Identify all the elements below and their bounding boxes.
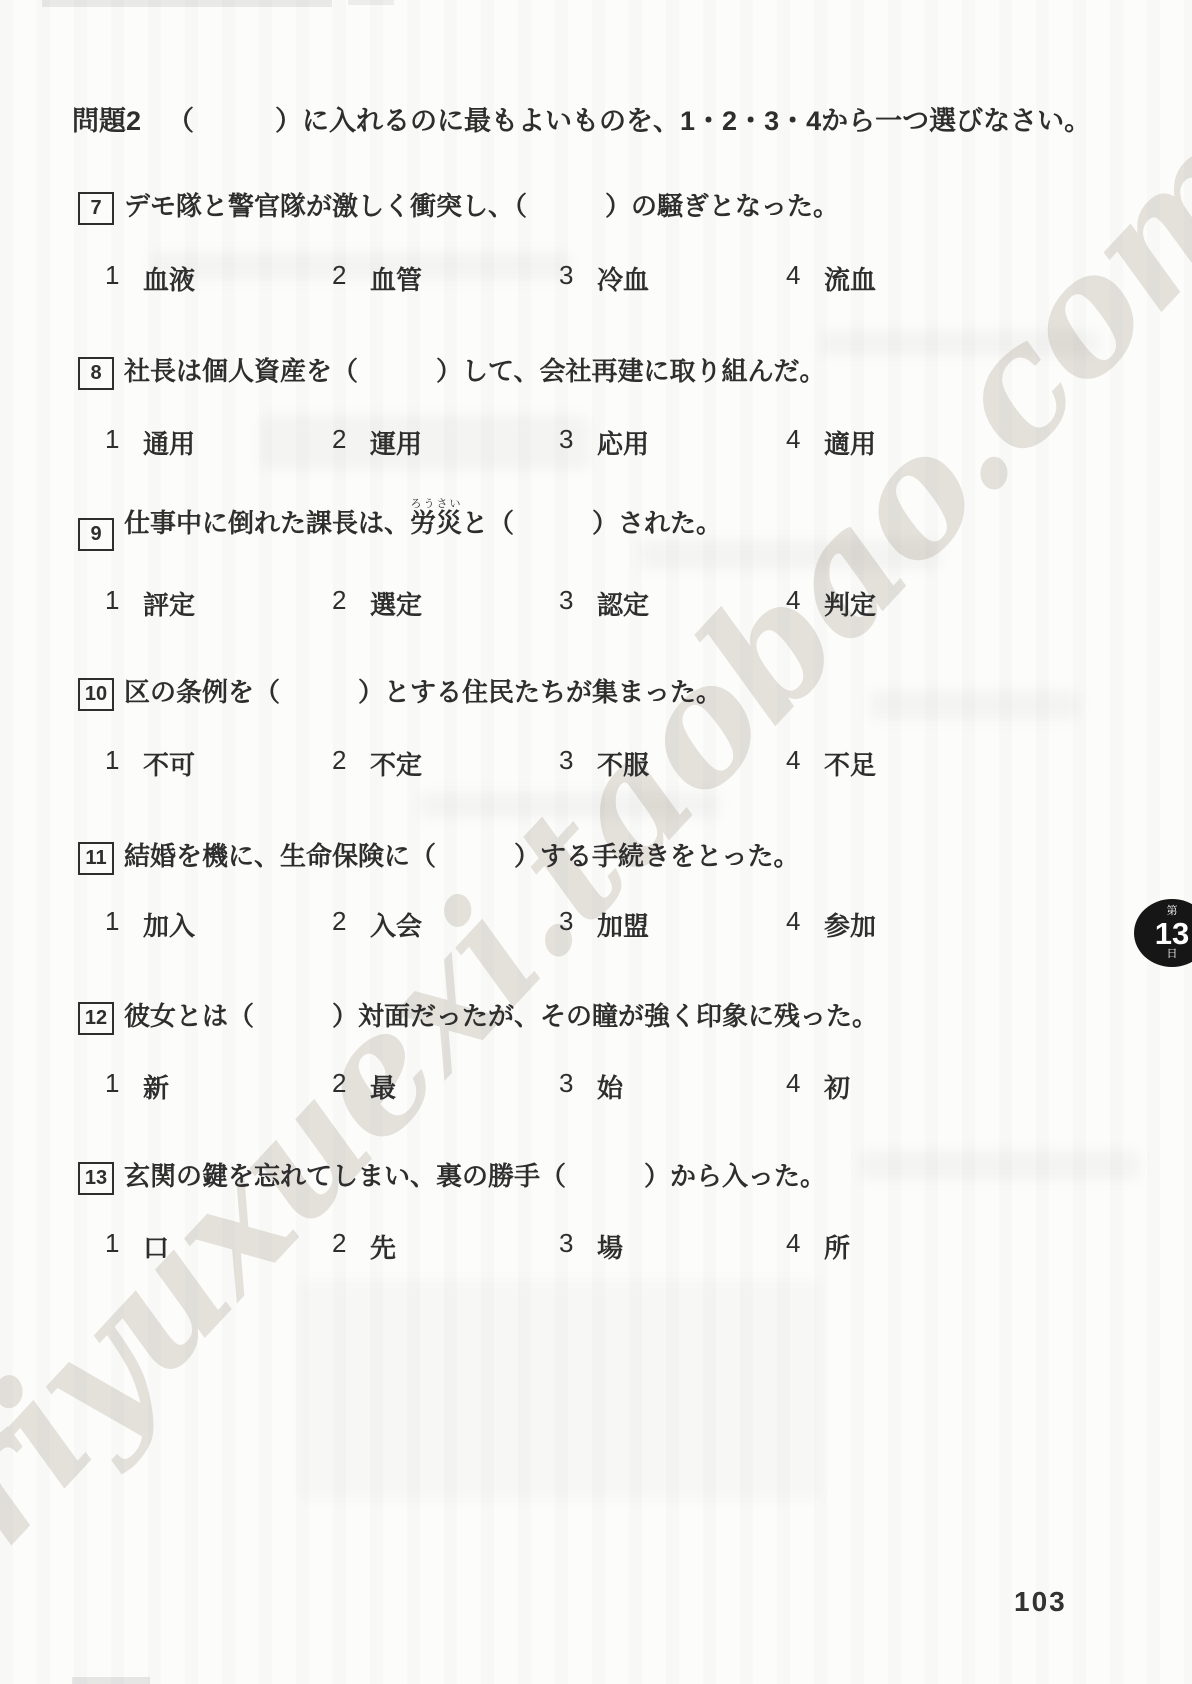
question-stem: 玄関の鍵を忘れてしまい、裏の勝手（ ）から入った。 xyxy=(124,1160,826,1193)
option-number: 2 xyxy=(332,745,354,782)
question-stem: 社長は個人資産を（ ）して、会社再建に取り組んだ。 xyxy=(124,355,825,388)
option-text: 血管 xyxy=(370,260,422,297)
option-number: 2 xyxy=(332,260,354,297)
option-number: 4 xyxy=(786,906,808,943)
option-number: 1 xyxy=(105,585,127,622)
option: 4所 xyxy=(786,1228,850,1265)
scan-smudge xyxy=(870,690,1080,720)
option-text: 判定 xyxy=(824,585,876,622)
scan-smudge xyxy=(820,330,1100,356)
option-text: 認定 xyxy=(597,585,649,622)
option-text: 口 xyxy=(143,1228,169,1265)
option-text: 運用 xyxy=(370,424,422,461)
option-number: 4 xyxy=(786,424,808,461)
option-number: 4 xyxy=(786,585,808,622)
option-text: 流血 xyxy=(824,260,876,297)
stem-pre: 仕事中に倒れた課長は、 xyxy=(124,508,410,538)
option-text: 通用 xyxy=(143,424,195,461)
option-number: 3 xyxy=(559,906,581,943)
question-7: 7 デモ隊と警官隊が激しく衝突し、（ ）の騒ぎとなった。 xyxy=(78,190,839,225)
option-text: 加入 xyxy=(143,906,195,943)
option: 2血管 xyxy=(332,260,559,297)
option-text: 入会 xyxy=(370,906,422,943)
scan-artifact-top xyxy=(348,0,394,5)
question-9: 9 仕事中に倒れた課長は、労災ろうさいと（ ）された。 xyxy=(78,498,722,551)
question-13: 13 玄関の鍵を忘れてしまい、裏の勝手（ ）から入った。 xyxy=(78,1160,826,1195)
option-number: 3 xyxy=(559,585,581,622)
option: 3不服 xyxy=(559,745,786,782)
option-number: 1 xyxy=(105,745,127,782)
stem-post: と（ ）された。 xyxy=(462,508,722,538)
scanned-test-page: riyuxuexi.taobao.com 問題2（ ）に入れるのに最もよいものを… xyxy=(0,0,1192,1684)
options-row: 1不可 2不定 3不服 4不足 xyxy=(105,745,876,782)
instruction-text: （ ）に入れるのに最もよいものを、1・2・3・4から一つ選びなさい。 xyxy=(167,106,1091,136)
option: 4不足 xyxy=(786,745,876,782)
question-stem: 仕事中に倒れた課長は、労災ろうさいと（ ）された。 xyxy=(124,498,722,540)
option-text: 新 xyxy=(143,1068,169,1105)
ruby-word: 労災ろうさい xyxy=(410,508,462,538)
option-text: 最 xyxy=(370,1068,396,1105)
option-number: 4 xyxy=(786,745,808,782)
options-row: 1評定 2選定 3認定 4判定 xyxy=(105,585,876,622)
scan-smudge xyxy=(420,792,720,818)
option-number: 3 xyxy=(559,1228,581,1265)
options-row: 1加入 2入会 3加盟 4参加 xyxy=(105,906,876,943)
option: 1加入 xyxy=(105,906,332,943)
option: 1評定 xyxy=(105,585,332,622)
question-number-box: 11 xyxy=(78,842,114,875)
option-number: 4 xyxy=(786,1228,808,1265)
option-text: 所 xyxy=(824,1228,850,1265)
options-row: 1口 2先 3場 4所 xyxy=(105,1228,850,1265)
scan-artifact-top xyxy=(42,0,332,7)
question-number-box: 9 xyxy=(78,518,114,551)
question-stem: デモ隊と警官隊が激しく衝突し、（ ）の騒ぎとなった。 xyxy=(124,190,839,223)
option: 3応用 xyxy=(559,424,786,461)
option-text: 不定 xyxy=(370,745,422,782)
option-text: 始 xyxy=(597,1068,623,1105)
furigana: ろうさい xyxy=(410,498,462,510)
option-text: 場 xyxy=(597,1228,623,1265)
option: 2入会 xyxy=(332,906,559,943)
option: 4適用 xyxy=(786,424,876,461)
option: 1不可 xyxy=(105,745,332,782)
question-number-box: 7 xyxy=(78,192,114,225)
section-instruction: 問題2（ ）に入れるのに最もよいものを、1・2・3・4から一つ選びなさい。 xyxy=(72,99,1091,138)
option: 3場 xyxy=(559,1228,786,1265)
option: 3冷血 xyxy=(559,260,786,297)
options-row: 1血液 2血管 3冷血 4流血 xyxy=(105,260,876,297)
watermark: riyuxuexi.taobao.com xyxy=(0,95,1192,1578)
option-text: 不可 xyxy=(143,745,195,782)
option-text: 不足 xyxy=(824,745,876,782)
option-number: 1 xyxy=(105,260,127,297)
day-badge-number: 13 xyxy=(1155,918,1189,949)
option-number: 3 xyxy=(559,424,581,461)
option: 2最 xyxy=(332,1068,559,1105)
option: 1通用 xyxy=(105,424,332,461)
option: 3始 xyxy=(559,1068,786,1105)
day-badge-suffix: 日 xyxy=(1167,949,1178,961)
option: 4参加 xyxy=(786,906,876,943)
option: 2選定 xyxy=(332,585,559,622)
options-row: 1通用 2運用 3応用 4適用 xyxy=(105,424,876,461)
option-number: 4 xyxy=(786,260,808,297)
scan-smudge xyxy=(300,1280,820,1500)
option: 3加盟 xyxy=(559,906,786,943)
option-number: 1 xyxy=(105,424,127,461)
option-number: 2 xyxy=(332,906,354,943)
option-text: 評定 xyxy=(143,585,195,622)
problem-number-label: 問題2 xyxy=(72,106,141,136)
option-text: 選定 xyxy=(370,585,422,622)
option-text: 初 xyxy=(824,1068,850,1105)
scan-smudge xyxy=(860,1150,1140,1180)
options-row: 1新 2最 3始 4初 xyxy=(105,1068,850,1105)
option-text: 血液 xyxy=(143,260,195,297)
option-number: 2 xyxy=(332,424,354,461)
question-number-box: 13 xyxy=(78,1162,114,1195)
option-number: 2 xyxy=(332,1068,354,1105)
option: 1口 xyxy=(105,1228,332,1265)
option-number: 1 xyxy=(105,1068,127,1105)
day-badge: 第 13 日 xyxy=(1134,899,1192,967)
page-number: 103 xyxy=(1014,1586,1067,1618)
option-number: 4 xyxy=(786,1068,808,1105)
question-stem: 彼女とは（ ）対面だったが、その瞳が強く印象に残った。 xyxy=(124,1000,878,1033)
question-10: 10 区の条例を（ ）とする住民たちが集まった。 xyxy=(78,676,722,711)
option-text: 応用 xyxy=(597,424,649,461)
option: 1新 xyxy=(105,1068,332,1105)
option: 2運用 xyxy=(332,424,559,461)
option-text: 加盟 xyxy=(597,906,649,943)
option-number: 2 xyxy=(332,1228,354,1265)
option-number: 2 xyxy=(332,585,354,622)
question-number-box: 12 xyxy=(78,1002,114,1035)
option: 4初 xyxy=(786,1068,850,1105)
option-number: 1 xyxy=(105,1228,127,1265)
question-number-box: 10 xyxy=(78,678,114,711)
option: 1血液 xyxy=(105,260,332,297)
question-12: 12 彼女とは（ ）対面だったが、その瞳が強く印象に残った。 xyxy=(78,1000,878,1035)
option-text: 先 xyxy=(370,1228,396,1265)
option: 3認定 xyxy=(559,585,786,622)
option-number: 3 xyxy=(559,260,581,297)
option-text: 不服 xyxy=(597,745,649,782)
question-8: 8 社長は個人資産を（ ）して、会社再建に取り組んだ。 xyxy=(78,355,825,390)
option-text: 冷血 xyxy=(597,260,649,297)
option-number: 3 xyxy=(559,1068,581,1105)
question-number-box: 8 xyxy=(78,357,114,390)
option: 4判定 xyxy=(786,585,876,622)
option-number: 3 xyxy=(559,745,581,782)
scan-artifact-bottom xyxy=(72,1677,150,1684)
option: 2不定 xyxy=(332,745,559,782)
option-number: 1 xyxy=(105,906,127,943)
option: 4流血 xyxy=(786,260,876,297)
option-text: 適用 xyxy=(824,424,876,461)
question-stem: 結婚を機に、生命保険に（ ）する手続きをとった。 xyxy=(124,840,799,873)
question-11: 11 結婚を機に、生命保険に（ ）する手続きをとった。 xyxy=(78,840,799,875)
question-stem: 区の条例を（ ）とする住民たちが集まった。 xyxy=(124,676,722,709)
option: 2先 xyxy=(332,1228,559,1265)
option-text: 参加 xyxy=(824,906,876,943)
